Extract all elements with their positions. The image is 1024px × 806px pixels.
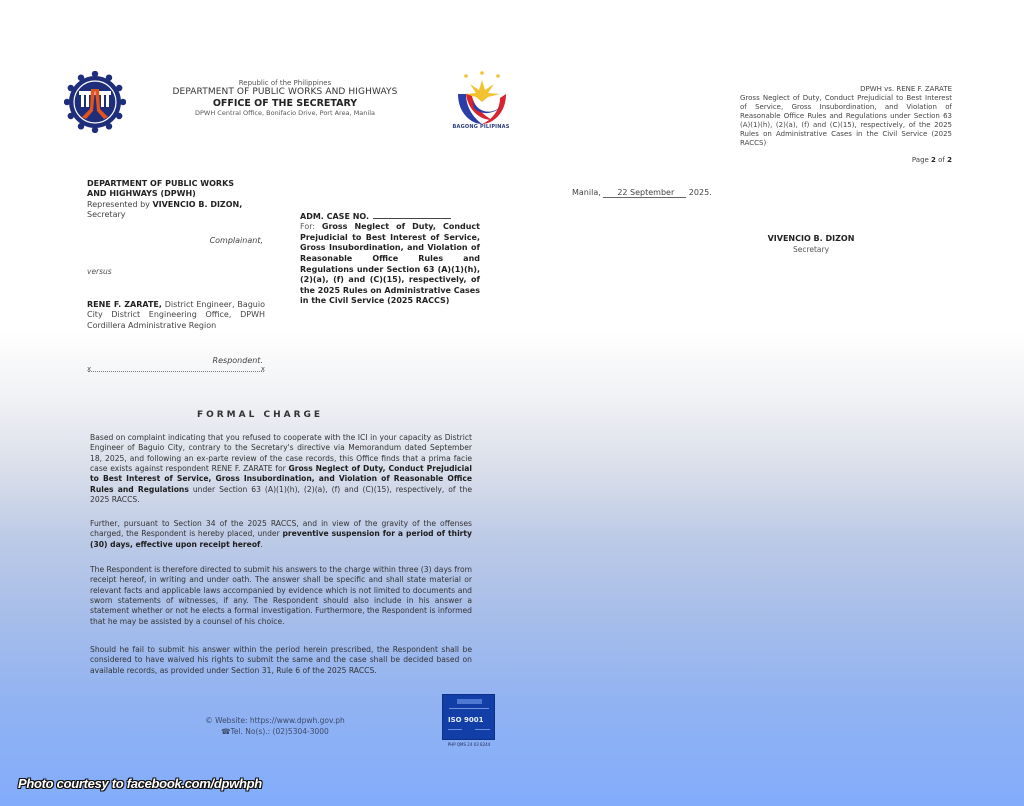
case-title: DPWH vs. RENE F. ZARATE [740,85,952,94]
formal-charge-title: FORMAL CHARGE [60,410,460,420]
charge-paragraph-2: Further, pursuant to Section 34 of the 2… [90,519,472,550]
case-number-blank [373,211,451,219]
place: Manila, [572,188,603,197]
respondent-name: RENE F. ZARATE, [87,300,162,309]
respondent-block: RENE F. ZARATE, District Engineer, Bagui… [87,300,265,331]
case-subject-summary: Gross Neglect of Duty, Conduct Prejudici… [740,94,952,147]
iso-caption: PHP QMS 24 03 8244 [440,742,498,747]
respondent-label: Respondent. [87,356,263,365]
iso-label: ISO 9001 [448,716,484,724]
letterhead: Republic of the Philippines DEPARTMENT O… [150,79,420,117]
signatory-name: VIVENCIO B. DIZON [748,234,874,243]
page-label: Page [912,156,931,164]
represented-name: VIVENCIO B. DIZON, [152,200,242,209]
page-of: of [936,156,947,164]
date-line: Manila, 22 September 2025. [572,188,712,198]
complainant-name-line1: DEPARTMENT OF PUBLIC WORKS [87,179,267,189]
iso-badge-line [448,729,462,730]
page-total: 2 [947,156,952,164]
iso-badge-tab [457,699,482,704]
charge-paragraph-1: Based on complaint indicating that you r… [90,433,472,505]
case-for-text: Gross Neglect of Duty, Conduct Prejudici… [300,222,480,305]
telephone-number: ☎Tel. No(s).: (02)5304-3000 [180,727,370,738]
iso-badge-line [449,708,489,709]
website-link[interactable]: © Website: https://www.dpwh.gov.ph [180,716,370,727]
date: 22 September [603,188,686,198]
charge-paragraph-4: Should he fail to submit his answer with… [90,645,472,676]
page2-running-header: DPWH vs. RENE F. ZARATE Gross Neglect of… [740,85,952,148]
complainant-title: Secretary [87,210,267,220]
charge-paragraph-3: The Respondent is therefore directed to … [90,565,472,627]
office-name: OFFICE OF THE SECRETARY [150,98,420,109]
photo-credit: Photo courtesy to facebook.com/dpwhph [18,776,262,791]
republic-label: Republic of the Philippines [150,79,420,87]
complainant-name-line2: AND HIGHWAYS (DPWH) [87,189,267,199]
paragraph-text: . [260,540,262,549]
contact-footer: © Website: https://www.dpwh.gov.ph ☎Tel.… [180,716,370,738]
case-number: ADM. CASE NO. [300,211,451,221]
iso-badge-line [475,729,490,730]
represented-prefix: Represented by [87,200,152,209]
case-subject: For: Gross Neglect of Duty, Conduct Prej… [300,222,480,307]
case-number-label: ADM. CASE NO. [300,212,369,221]
year: 2025. [686,188,711,197]
office-address: DPWH Central Office, Bonifacio Drive, Po… [150,110,420,118]
iso-certification-badge: ISO 9001 [442,694,495,740]
dpwh-seal-icon [64,71,126,133]
page-number: Page 2 of 2 [860,156,952,164]
bagong-pilipinas-caption: BAGONG PILIPINAS [443,124,519,130]
complainant-label: Complainant, [87,236,263,245]
signatory-title: Secretary [748,245,874,254]
separator-line [88,371,264,375]
department-name: DEPARTMENT OF PUBLIC WORKS AND HIGHWAYS [150,87,420,98]
complainant-block: DEPARTMENT OF PUBLIC WORKS AND HIGHWAYS … [87,179,267,221]
case-for-label: For: [300,222,322,231]
versus-label: versus [87,267,112,276]
